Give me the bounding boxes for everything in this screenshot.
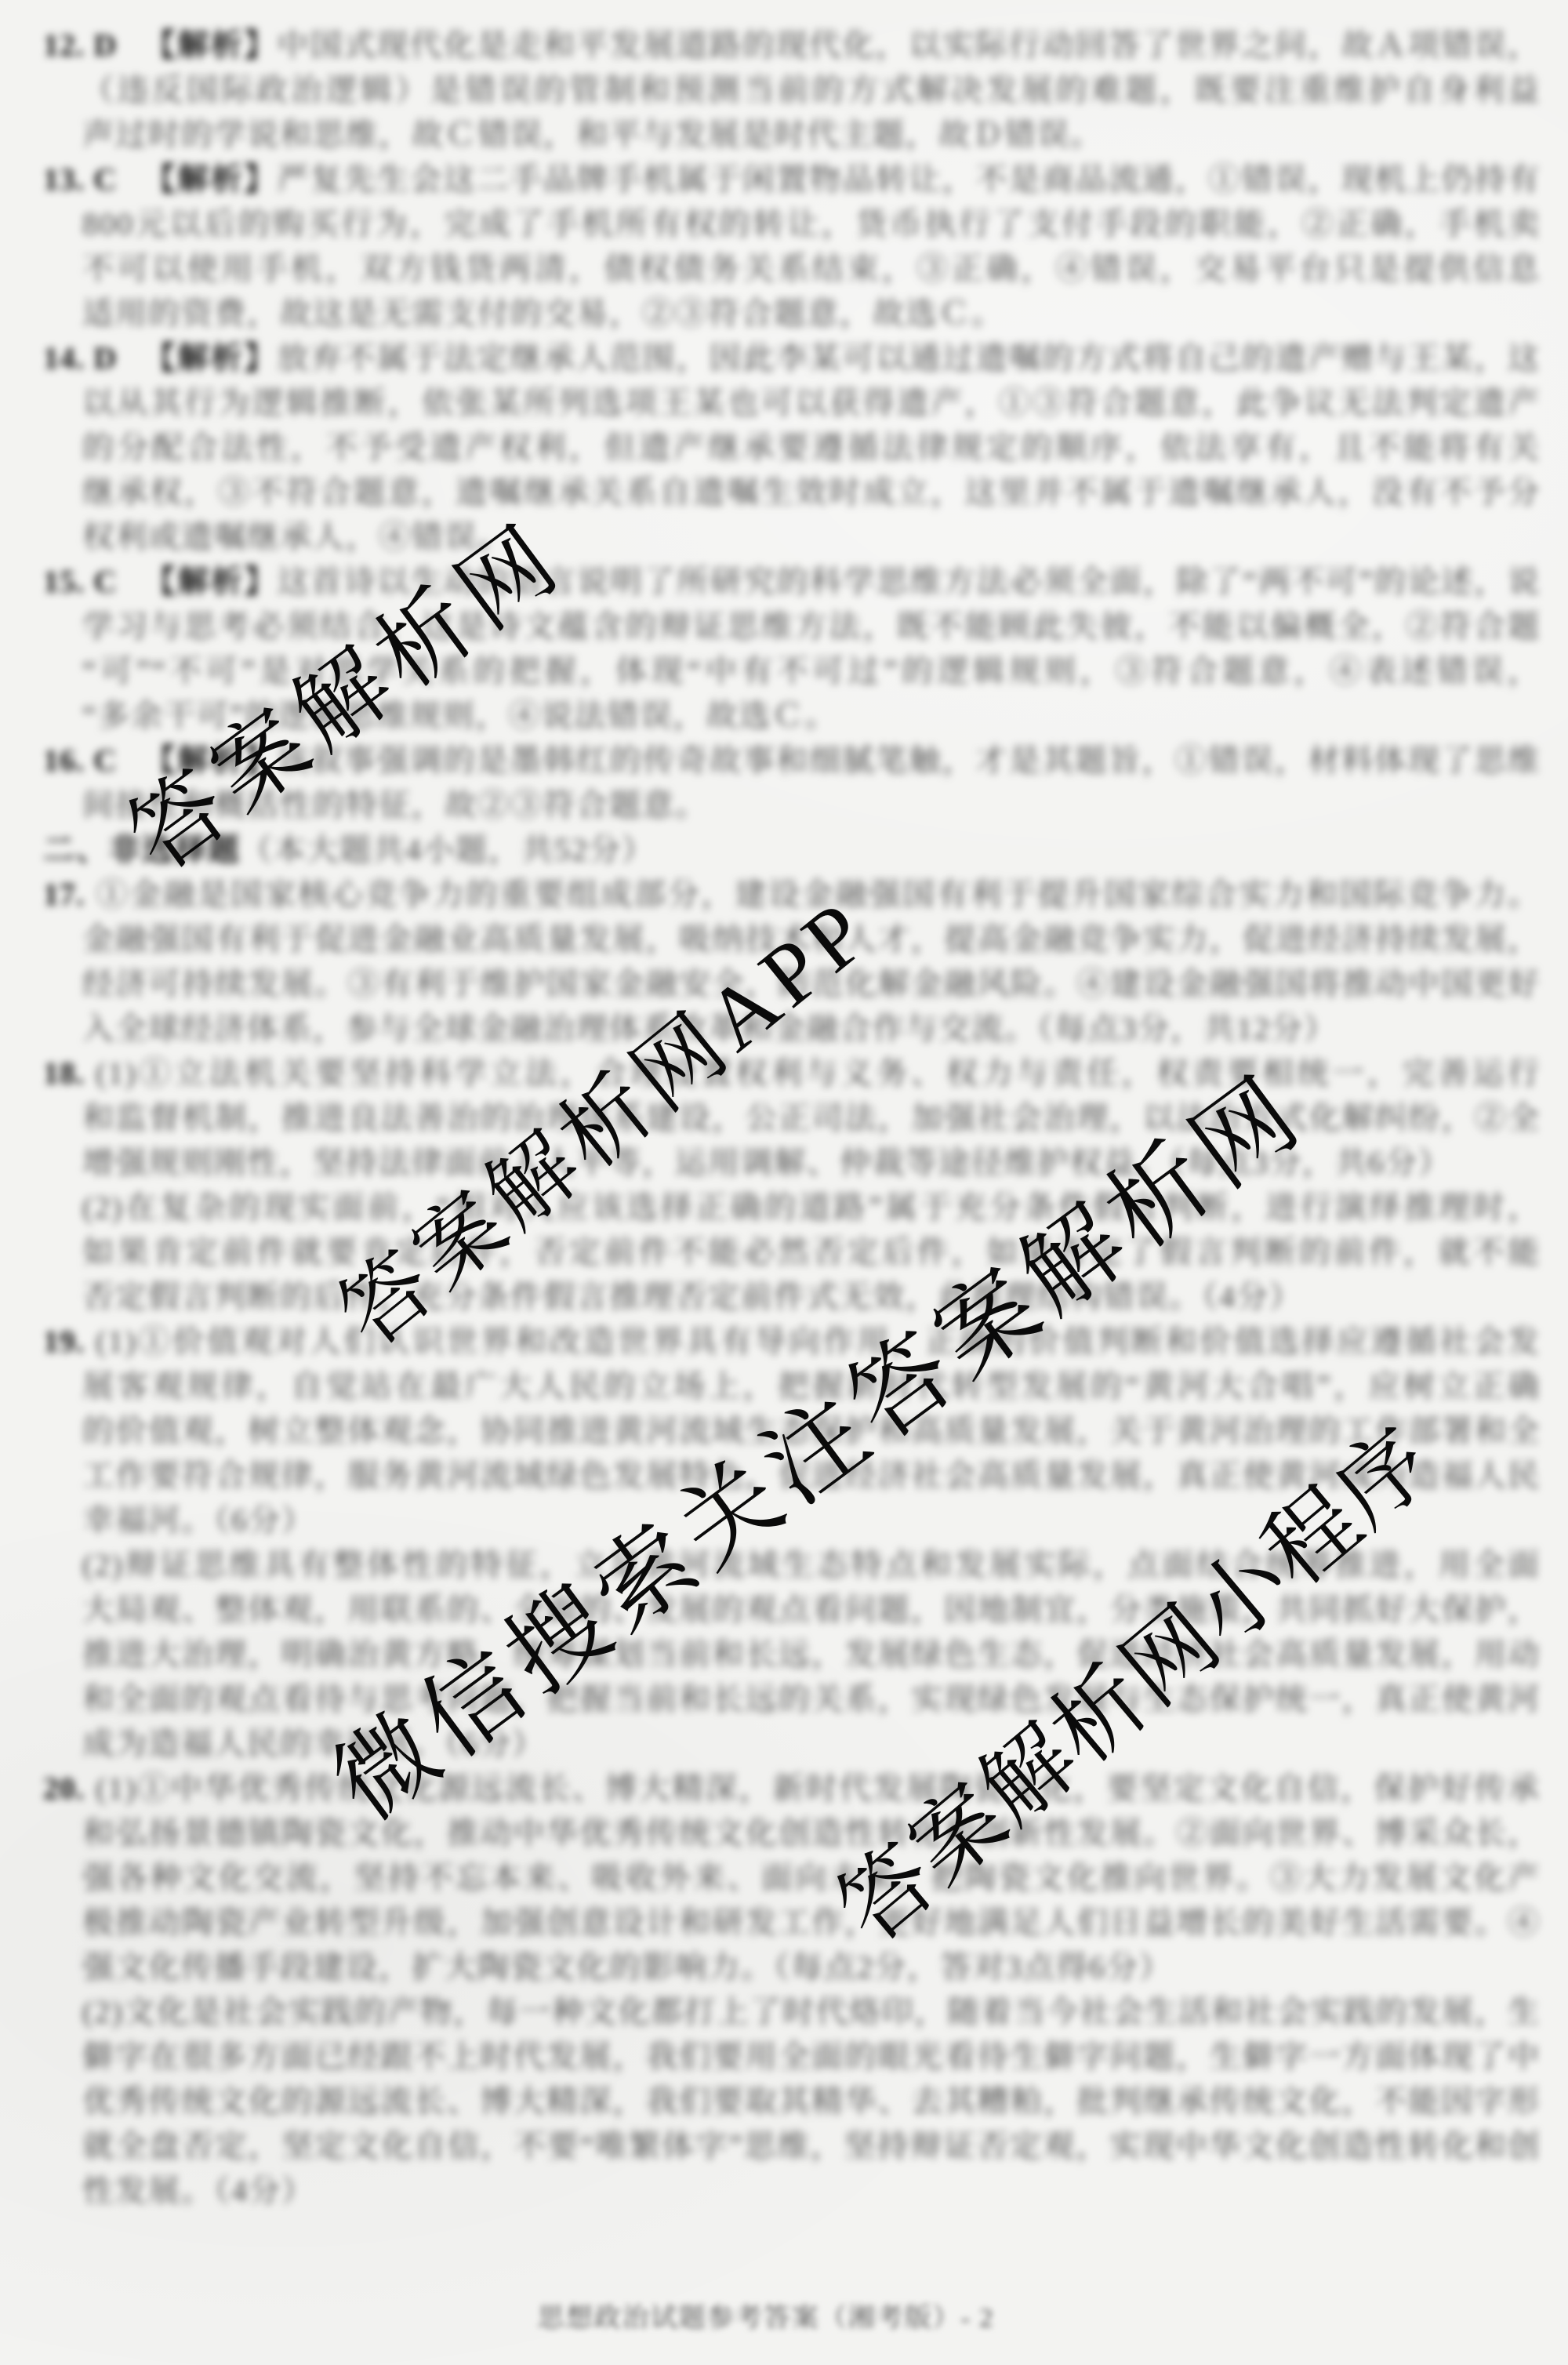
text-line-41: 和弘扬景德镇陶瓷文化，推动中华优秀传统文化创造性转化和创新性发展。②面向世界、博… xyxy=(82,1811,1541,1855)
scanned-answer-key-page: 12. D【解析】中国式现代化是走和平发展道路的现代化，以实际行动回答了世界之问… xyxy=(0,0,1568,2365)
text-line-29: 否定假言判断的后件，充分条件假言推理否定前件式无效，此推理结构错误。（4分） xyxy=(82,1274,1302,1319)
text-segment: 和全面的观点看待与思考问题，把握当前和长远的关系，实现绿色发展与生态保护统一，真… xyxy=(82,1681,1541,1717)
text-line-18: 间接性和概括性的特征，故②③符合题意。 xyxy=(82,783,708,827)
text-line-7: 适用的资费，故这是无需支付的交易，②③符合题意，故选Ｃ。 xyxy=(82,291,1004,336)
text-line-39: 成为造福人民的幸福河。（6分） xyxy=(82,1721,545,1766)
text-segment: 推进大治理，明确治黄方略，统筹谋划当前和长远，发展绿色生态，促进经济社会高质量发… xyxy=(82,1637,1541,1677)
text-segment: (2)在复杂的现实面前，“相对人应该选择正确的道路”属于充分条件假言判断，进行演… xyxy=(82,1190,1541,1225)
bold-label-segment: 12. D xyxy=(43,27,117,63)
text-segment: 工作要符合规律，服务黄河流域绿色发展特色，促进经济社会高质量发展，真正使黄河成为… xyxy=(82,1458,1541,1498)
text-segment: 以从其行为逻辑推断，依张某所列选项王某也可以获得遗产，①③符合题意，此争议无法判… xyxy=(82,385,1541,420)
text-segment: 强文化传播手段建设，扩大陶瓷文化的影响力。（每点2分，答对3点得6分） xyxy=(82,1949,1172,1985)
bold-label-segment: 20. xyxy=(43,1771,85,1806)
text-segment: 的分配合法性，不予受遗产权利，但遗产继承要遵循法律规定的顺序，依法享有，且不能将… xyxy=(82,430,1541,465)
text-line-32: 的价值观，树立整体观念，协同推进黄河流域生态保护和高质量发展，关于黄河治理的工作… xyxy=(82,1408,1541,1453)
text-line-23: 入全球经济体系，参与全球金融治理体系改革和金融合作与交流。（每点3分，共12分） xyxy=(82,1006,1337,1051)
text-line-35: (2)辩证思维具有整体性的特征，立足黄河流域生态特点和发展实际，点面结合统筹推进… xyxy=(82,1542,1541,1587)
text-line-3: 声过时的学说和思维，故Ｃ错误，和平与发展是时代主题，故Ｄ错误。 xyxy=(82,112,1103,157)
text-line-40: 20.(1)①中华优秀传统文化源远流长、博大精深，新时代发展陶瓷文化，要坚定文化… xyxy=(43,1766,1541,1811)
text-line-8: 14. D【解析】放弃不属于法定继承人范围，因此李某可以通过遗嘱的方式将自己的遗… xyxy=(43,336,1541,380)
text-line-47: 优秀传统文化的源远流长、博大精深，我们要取其精华、去其糟粕，批判继承传统文化，不… xyxy=(82,2079,1541,2123)
text-segment: 优秀传统文化的源远流长、博大精深，我们要取其精华、去其糟粕，批判继承传统文化，不… xyxy=(82,2083,1541,2123)
text-segment: 金融强国有利于促进金融业高质量发展，吸纳技术和人才，提高金融竞争实力，促进经济持… xyxy=(82,921,1541,957)
text-segment: 否定假言判断的后件，充分条件假言推理否定前件式无效，此推理结构错误。（4分） xyxy=(82,1279,1302,1314)
text-line-5: 800元以后的购买行为，完成了手机所有权的转让，货币执行了支付手段的职能，②正确… xyxy=(82,202,1541,246)
text-segment: (2)辩证思维具有整体性的特征，立足黄河流域生态特点和发展实际，点面结合统筹推进… xyxy=(82,1547,1541,1582)
text-segment: 就全盘否定，坚定文化自信，不要“唯繁体字”思维，坚持辩证否定观，实现中华文化创造… xyxy=(82,2128,1541,2168)
text-line-26: 增强规则刚性，坚持法律面前人人平等，运用调解、仲裁等途径维护权益。（每点3分，共… xyxy=(82,1140,1451,1185)
bold-label-segment: 【解析】 xyxy=(143,27,277,63)
text-line-45: (2)文化是社会实践的产物，每一种文化都打上了时代烙印，随着当今社会生活和社会实… xyxy=(82,1989,1541,2034)
text-line-21: 金融强国有利于促进金融业高质量发展，吸纳技术和人才，提高金融竞争实力，促进经济持… xyxy=(82,917,1541,961)
text-line-6: 不可以使用手机，双方钱货两清，债权债务关系结束，③正确，④错误，交易平台只是提供… xyxy=(82,246,1541,291)
bold-label-segment: 13. C xyxy=(43,162,117,197)
body-text-layer: 12. D【解析】中国式现代化是走和平发展道路的现代化，以实际行动回答了世界之问… xyxy=(0,0,1568,2365)
text-segment: （本大题共4小题，共52分） xyxy=(241,832,655,867)
bold-label-segment: 19. xyxy=(43,1324,85,1359)
bold-label-segment: 【解析】 xyxy=(143,340,277,376)
bold-label-segment: 15. C xyxy=(43,564,117,599)
text-line-28: 如果肯定前件就要肯定后件，否定前件不能必然否定后件，如果否定了假言判断的前件，就… xyxy=(82,1230,1541,1274)
text-line-27: (2)在复杂的现实面前，“相对人应该选择正确的道路”属于充分条件假言判断，进行演… xyxy=(82,1185,1541,1230)
text-line-31: 展客观规律，自觉站在最广大人民的立场上，把握新时代转型发展的“黄河大合唱”，应树… xyxy=(82,1364,1541,1408)
text-line-33: 工作要符合规律，服务黄河流域绿色发展特色，促进经济社会高质量发展，真正使黄河成为… xyxy=(82,1453,1541,1498)
text-line-49: 性发展。（4分） xyxy=(82,2168,314,2213)
text-line-11: 继承权，③不符合题意，遗嘱继承关系自遗嘱生效时成立，这里并不属于遗嘱继承人，没有… xyxy=(82,470,1541,514)
text-segment: “多余干可”的逻辑思维规则，④说法错误，故选Ｃ。 xyxy=(82,698,838,733)
text-segment: 不可以使用手机，双方钱货两清，债权债务关系结束，③正确，④错误，交易平台只是提供… xyxy=(82,251,1541,286)
text-segment: 和监督机制，推进良法善治的治理体系建设，公正司法，加强社会治理，以法治方式化解纠… xyxy=(82,1100,1541,1135)
bold-label-segment: 14. D xyxy=(43,340,117,376)
text-segment: 成为造福人民的幸福河。（6分） xyxy=(82,1726,545,1761)
text-line-20: 17.①金融是国家核心竞争力的重要组成部分，建设金融强国有利于提升国家综合实力和… xyxy=(43,872,1541,917)
text-line-19: 二、非选择题（本大题共4小题，共52分） xyxy=(43,827,655,872)
text-line-1: 12. D【解析】中国式现代化是走和平发展道路的现代化，以实际行动回答了世界之问… xyxy=(43,23,1541,67)
text-line-38: 和全面的观点看待与思考问题，把握当前和长远的关系，实现绿色发展与生态保护统一，真… xyxy=(82,1677,1541,1721)
text-line-34: 幸福河。（6分） xyxy=(82,1498,314,1542)
text-segment: ①金融是国家核心竞争力的重要组成部分，建设金融强国有利于提升国家综合实力和国际竞… xyxy=(43,877,1541,917)
text-segment: (1)①价值观对人们认识世界和改造世界具有导向作用，正确的价值判断和价值选择应遵… xyxy=(96,1324,1541,1359)
text-segment: 学习与思考必须结合，这是诗文蕴含的辩证思维方法，既不能顾此失彼，不能以偏概全，②… xyxy=(82,609,1541,648)
text-segment: (2)文化是社会实践的产物，每一种文化都打上了时代烙印，随着当今社会生活和社会实… xyxy=(82,1994,1541,2029)
text-segment: 大局观、整体观，用联系的、全面的、发展的观点看问题，因地制宜，分类施策，共同抓好… xyxy=(82,1592,1541,1632)
text-line-25: 和监督机制，推进良法善治的治理体系建设，公正司法，加强社会治理，以法治方式化解纠… xyxy=(82,1095,1541,1140)
text-segment: 权利或遗嘱继承人，④错误。 xyxy=(82,519,510,554)
bold-label-segment: 二、非选择题 xyxy=(43,832,241,867)
text-segment: 强各种文化交流，坚持不忘本来、吸收外来、面向未来，把陶瓷文化推向世界。③大力发展… xyxy=(82,1860,1541,1900)
text-segment: 僻字在很多方面已经跟不上时代发展，我们要用全面的眼光看待生僻字问题，生僻字一方面… xyxy=(82,2039,1541,2079)
text-segment: 幸福河。（6分） xyxy=(82,1502,314,1538)
text-line-10: 的分配合法性，不予受遗产权利，但遗产继承要遵循法律规定的顺序，依法享有，且不能将… xyxy=(82,425,1541,470)
text-line-14: 学习与思考必须结合，这是诗文蕴含的辩证思维方法，既不能顾此失彼，不能以偏概全，②… xyxy=(82,604,1541,648)
text-line-24: 18.(1)①立法机关要坚持科学立法，合理设置权利与义务、权力与责任，权责要相统… xyxy=(43,1051,1541,1095)
text-segment: 展客观规律，自觉站在最广大人民的立场上，把握新时代转型发展的“黄河大合唱”，应树… xyxy=(82,1368,1541,1404)
text-segment: 增强规则刚性，坚持法律面前人人平等，运用调解、仲裁等途径维护权益。（每点3分，共… xyxy=(82,1145,1451,1180)
text-segment: 间接性和概括性的特征，故②③符合题意。 xyxy=(82,787,708,823)
text-segment: 严复先生会这二手品牌手机属于闲置物品转让，不是商品流通，①错误，现机上仍持有 xyxy=(277,162,1541,197)
bold-label-segment: 16. C xyxy=(43,743,117,778)
text-line-36: 大局观、整体观，用联系的、全面的、发展的观点看问题，因地制宜，分类施策，共同抓好… xyxy=(82,1587,1541,1632)
text-segment: 中国式现代化是走和平发展道路的现代化，以实际行动回答了世界之问，故Ａ项错误， xyxy=(277,27,1541,63)
text-segment: 和弘扬景德镇陶瓷文化，推动中华优秀传统文化创造性转化和创新性发展。②面向世界、博… xyxy=(82,1815,1541,1855)
text-segment: 性发展。（4分） xyxy=(82,2173,314,2208)
text-line-2: （违反国际政治逻辑）是错误的管制和预测当前的方式解决发展的难题，既要注重维护自身… xyxy=(82,67,1541,112)
text-segment: （违反国际政治逻辑）是错误的管制和预测当前的方式解决发展的难题，既要注重维护自身… xyxy=(82,72,1541,107)
text-line-30: 19.(1)①价值观对人们认识世界和改造世界具有导向作用，正确的价值判断和价值选… xyxy=(43,1319,1541,1364)
page-footer: 思想政治试题参考答案（湘考版）- 2 xyxy=(538,2296,995,2334)
text-line-4: 13. C【解析】严复先生会这二手品牌手机属于闲置物品转让，不是商品流通，①错误… xyxy=(43,157,1541,202)
text-line-9: 以从其行为逻辑推断，依张某所列选项王某也可以获得遗产，①③符合题意，此争议无法判… xyxy=(82,380,1541,425)
text-segment: 的价值观，树立整体观念，协同推进黄河流域生态保护和高质量发展，关于黄河治理的工作… xyxy=(82,1413,1541,1453)
text-line-43: 极推动陶瓷产业转型升级，加强创意设计和研发工作，更好地满足人们日益增长的美好生活… xyxy=(82,1900,1541,1945)
text-line-42: 强各种文化交流，坚持不忘本来、吸收外来、面向未来，把陶瓷文化推向世界。③大力发展… xyxy=(82,1855,1541,1900)
text-line-48: 就全盘否定，坚定文化自信，不要“唯繁体字”思维，坚持辩证否定观，实现中华文化创造… xyxy=(82,2123,1541,2168)
text-line-37: 推进大治理，明确治黄方略，统筹谋划当前和长远，发展绿色生态，促进经济社会高质量发… xyxy=(82,1632,1541,1677)
text-segment: 入全球经济体系，参与全球金融治理体系改革和金融合作与交流。（每点3分，共12分） xyxy=(82,1011,1337,1046)
text-line-17: 16. C【解析】该叙事强调的是墨韩红的传奇故事和细腻笔触，才是其题旨，①错误，… xyxy=(43,738,1541,783)
text-segment: 如果肯定前件就要肯定后件，否定前件不能必然否定后件，如果否定了假言判断的前件，就… xyxy=(82,1234,1541,1270)
text-segment: 适用的资费，故这是无需支付的交易，②③符合题意，故选Ｃ。 xyxy=(82,296,1004,331)
text-line-12: 权利或遗嘱继承人，④错误。 xyxy=(82,514,510,559)
bold-label-segment: 18. xyxy=(43,1055,85,1091)
text-segment: (1)①立法机关要坚持科学立法，合理设置权利与义务、权力与责任，权责要相统一，完… xyxy=(96,1055,1541,1091)
bold-label-segment: 17. xyxy=(43,877,85,912)
text-segment: 800元以后的购买行为，完成了手机所有权的转让，货币执行了支付手段的职能，②正确… xyxy=(82,206,1541,242)
text-line-16: “多余干可”的逻辑思维规则，④说法错误，故选Ｃ。 xyxy=(82,693,838,738)
text-segment: 经济可持续发展。③有利于维护国家金融安全，防范化解金融风险。④建设金融强国将推动… xyxy=(82,966,1541,1006)
text-segment: 声过时的学说和思维，故Ｃ错误，和平与发展是时代主题，故Ｄ错误。 xyxy=(82,117,1103,152)
text-line-46: 僻字在很多方面已经跟不上时代发展，我们要用全面的眼光看待生僻字问题，生僻字一方面… xyxy=(82,2034,1541,2079)
bold-label-segment: 【解析】 xyxy=(143,743,277,778)
text-line-22: 经济可持续发展。③有利于维护国家金融安全，防范化解金融风险。④建设金融强国将推动… xyxy=(82,961,1541,1006)
bold-label-segment: 【解析】 xyxy=(143,564,277,599)
text-segment: 极推动陶瓷产业转型升级，加强创意设计和研发工作，更好地满足人们日益增长的美好生活… xyxy=(82,1905,1541,1945)
text-segment: 继承权，③不符合题意，遗嘱继承关系自遗嘱生效时成立，这里并不属于遗嘱继承人，没有… xyxy=(82,474,1541,510)
text-line-13: 15. C【解析】这首诗以生动的语言说明了所研究的科学思维方法必须全面，除了“两… xyxy=(43,559,1541,604)
text-segment: “可”“不可”是对思学关系的把握，体现“中有不可过”的逻辑规则，③符合题意，④表… xyxy=(82,653,1541,688)
text-segment: (1)①中华优秀传统文化源远流长、博大精深，新时代发展陶瓷文化，要坚定文化自信，… xyxy=(96,1771,1541,1806)
text-line-44: 强文化传播手段建设，扩大陶瓷文化的影响力。（每点2分，答对3点得6分） xyxy=(82,1945,1172,1989)
bold-label-segment: 【解析】 xyxy=(143,162,277,197)
text-line-15: “可”“不可”是对思学关系的把握，体现“中有不可过”的逻辑规则，③符合题意，④表… xyxy=(82,648,1541,693)
